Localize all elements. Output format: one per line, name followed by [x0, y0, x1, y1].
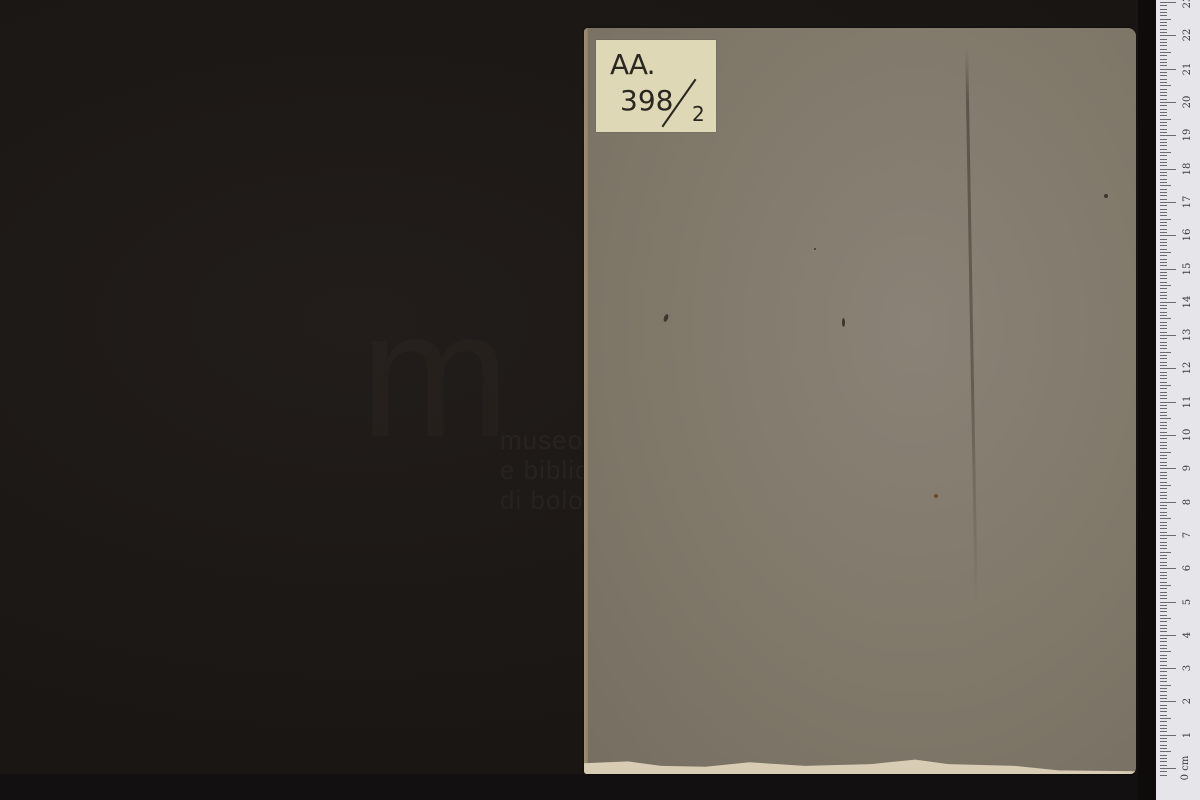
ruler-tick — [1160, 142, 1167, 143]
ruler-tick — [1160, 645, 1167, 646]
ruler-tick — [1160, 72, 1167, 73]
ruler-tick — [1160, 42, 1167, 43]
ruler-tick — [1160, 385, 1171, 386]
ruler-cm-label: 5 — [1182, 592, 1194, 612]
ruler-tick — [1160, 172, 1167, 173]
ruler-tick — [1160, 199, 1167, 200]
ruler-tick — [1160, 738, 1167, 739]
ruler-tick — [1160, 239, 1167, 240]
ruler-tick — [1160, 292, 1167, 293]
ruler-tick — [1160, 425, 1167, 426]
ruler-tick — [1160, 438, 1167, 439]
ruler-tick — [1160, 235, 1176, 236]
ruler-tick — [1160, 135, 1176, 136]
cover-spine-edge — [584, 28, 588, 774]
ruler-cm-label: 7 — [1182, 525, 1194, 545]
ruler-tick — [1160, 695, 1167, 696]
shelf-mark-line2: 398 — [620, 84, 673, 117]
ruler-tick — [1160, 668, 1176, 669]
ruler-tick — [1160, 608, 1167, 609]
ruler-tick — [1160, 165, 1167, 166]
ruler-tick — [1160, 312, 1167, 313]
ruler-tick — [1160, 592, 1167, 593]
ruler-tick — [1160, 492, 1167, 493]
ruler-tick — [1160, 245, 1167, 246]
ruler-tick — [1160, 508, 1167, 509]
ruler-tick — [1160, 189, 1167, 190]
ruler-tick — [1160, 442, 1167, 443]
ruler-tick — [1160, 532, 1167, 533]
ruler-tick — [1160, 79, 1167, 80]
ruler-tick — [1160, 678, 1167, 679]
ruler-tick — [1160, 145, 1167, 146]
ruler-tick — [1160, 222, 1167, 223]
ruler-tick — [1160, 605, 1167, 606]
ruler-tick — [1160, 555, 1167, 556]
ruler-tick — [1160, 328, 1167, 329]
ruler-tick — [1160, 302, 1176, 303]
ruler-tick — [1160, 175, 1167, 176]
ruler-tick — [1160, 32, 1167, 33]
ruler-tick — [1160, 651, 1171, 652]
ruler-cm-label: 16 — [1182, 225, 1194, 245]
ruler-tick — [1160, 298, 1167, 299]
ruler-tick — [1160, 578, 1167, 579]
ruler-tick — [1160, 355, 1167, 356]
ruler-tick — [1160, 122, 1167, 123]
photo-stage: m museo internazionale e biblioteca dell… — [0, 0, 1200, 800]
ruler-tick — [1160, 162, 1167, 163]
ruler-tick — [1160, 602, 1176, 603]
ruler-tick — [1160, 9, 1167, 10]
ruler-tick — [1160, 12, 1167, 13]
ruler-tick — [1160, 728, 1167, 729]
ruler-tick — [1160, 348, 1167, 349]
ruler-tick — [1160, 49, 1167, 50]
ruler-tick — [1160, 119, 1171, 120]
ruler-tick — [1160, 598, 1167, 599]
ruler-tick — [1160, 665, 1167, 666]
ruler-tick — [1160, 288, 1167, 289]
ruler-tick — [1160, 92, 1167, 93]
ruler-tick — [1160, 99, 1167, 100]
ruler-cm-label: 19 — [1182, 125, 1194, 145]
ruler-tick — [1160, 482, 1167, 483]
ruler-cm-label: 17 — [1182, 192, 1194, 212]
ruler-tick — [1160, 149, 1167, 150]
ruler-tick — [1160, 362, 1167, 363]
ruler-tick — [1160, 675, 1167, 676]
ruler-tick — [1160, 525, 1167, 526]
ruler-tick — [1160, 725, 1167, 726]
ruler-tick — [1160, 252, 1171, 253]
ruler-cm-label: 21 — [1182, 59, 1194, 79]
ruler-tick — [1160, 412, 1167, 413]
ruler-tick — [1160, 65, 1167, 66]
ruler-tick — [1160, 45, 1167, 46]
ruler-tick — [1160, 132, 1167, 133]
ruler-tick — [1160, 182, 1167, 183]
ruler-tick — [1160, 628, 1167, 629]
ruler-tick — [1160, 498, 1167, 499]
shelf-mark-line1: AA. — [610, 48, 655, 81]
ruler-tick — [1160, 388, 1167, 389]
book-cover: AA. 398 2 — [584, 28, 1136, 774]
cover-speck — [842, 318, 845, 327]
ruler-tick — [1160, 305, 1167, 306]
ruler-tick — [1160, 475, 1167, 476]
cover-speck — [934, 494, 938, 498]
ruler-tick — [1160, 395, 1167, 396]
ruler-tick — [1160, 185, 1171, 186]
ruler-tick — [1160, 368, 1176, 369]
ruler-tick — [1160, 229, 1167, 230]
ruler-tick — [1160, 215, 1167, 216]
ruler-tick — [1160, 545, 1167, 546]
ruler-tick — [1160, 112, 1167, 113]
shelf-mark-denominator: 2 — [692, 102, 705, 126]
ruler-tick — [1160, 445, 1167, 446]
ruler-tick — [1160, 621, 1167, 622]
ruler-tick — [1160, 515, 1167, 516]
ruler-tick — [1160, 705, 1167, 706]
centimeter-ruler: 0 cm 12345678910111213141516171819202122… — [1156, 0, 1200, 800]
ruler-tick — [1160, 761, 1167, 762]
ruler-tick — [1160, 322, 1167, 323]
ruler-tick — [1160, 528, 1167, 529]
cover-worn-bottom-edge — [584, 756, 1136, 774]
ruler-tick — [1160, 55, 1167, 56]
ruler-tick — [1160, 285, 1171, 286]
ruler-tick — [1160, 495, 1167, 496]
ruler-tick — [1160, 478, 1167, 479]
ruler-tick — [1160, 352, 1171, 353]
ruler-tick — [1160, 109, 1167, 110]
ruler-tick — [1160, 641, 1167, 642]
ruler-tick — [1160, 502, 1176, 503]
ruler-tick — [1160, 129, 1167, 130]
ruler-tick — [1160, 95, 1167, 96]
ruler-cm-label: 2 — [1182, 691, 1194, 711]
ruler-tick — [1160, 372, 1167, 373]
ruler-tick — [1160, 392, 1167, 393]
shelf-mark-label: AA. 398 2 — [596, 40, 716, 132]
ruler-tick — [1160, 378, 1167, 379]
ruler-tick — [1160, 771, 1167, 772]
ruler-tick — [1160, 638, 1167, 639]
ruler-tick — [1160, 671, 1167, 672]
ruler-tick — [1160, 242, 1167, 243]
ruler-tick — [1160, 155, 1167, 156]
ruler-tick — [1160, 711, 1167, 712]
ruler-tick — [1160, 718, 1171, 719]
ruler-tick — [1160, 402, 1176, 403]
ruler-tick — [1160, 741, 1167, 742]
ruler-tick — [1160, 52, 1171, 53]
ruler-tick — [1160, 375, 1167, 376]
ruler-cm-label: 12 — [1182, 358, 1194, 378]
ruler-tick — [1160, 751, 1171, 752]
ruler-tick — [1160, 102, 1176, 103]
ruler-tick — [1160, 35, 1176, 36]
ruler-tick — [1160, 358, 1167, 359]
ruler-tick — [1160, 62, 1167, 63]
ruler-cm-label: 14 — [1182, 292, 1194, 312]
ruler-tick — [1160, 452, 1171, 453]
ruler-tick — [1160, 735, 1176, 736]
ruler-tick — [1160, 219, 1171, 220]
ruler-tick — [1160, 335, 1176, 336]
ruler-tick — [1160, 568, 1176, 569]
ruler-tick — [1160, 465, 1167, 466]
ruler-cm-label: 15 — [1182, 259, 1194, 279]
ruler-tick — [1160, 708, 1167, 709]
ruler-tick — [1160, 255, 1167, 256]
cover-speck — [1104, 194, 1108, 198]
ruler-tick — [1160, 318, 1171, 319]
ruler-tick — [1160, 522, 1167, 523]
ruler-tick — [1160, 22, 1167, 23]
ruler-tick — [1160, 432, 1167, 433]
ruler-tick — [1160, 272, 1167, 273]
ruler-tick — [1160, 755, 1167, 756]
ruler-tick — [1160, 259, 1167, 260]
ruler-tick — [1160, 295, 1167, 296]
ruler-tick — [1160, 435, 1176, 436]
ruler-tick — [1160, 512, 1167, 513]
ruler-tick — [1160, 661, 1167, 662]
ruler-tick — [1160, 225, 1167, 226]
ruler-tick — [1160, 85, 1171, 86]
ruler-tick — [1160, 308, 1167, 309]
ruler-cm-label: 18 — [1182, 159, 1194, 179]
ruler-tick — [1160, 588, 1167, 589]
ruler-tick — [1160, 195, 1167, 196]
ruler-cm-label: 23 — [1182, 0, 1194, 12]
cover-speck — [663, 314, 669, 323]
ruler-tick — [1160, 262, 1167, 263]
cover-crease — [965, 48, 978, 608]
ruler-tick — [1160, 775, 1167, 776]
cover-speck — [814, 248, 816, 250]
ruler-cm-label: 1 — [1182, 725, 1194, 745]
ruler-tick — [1160, 715, 1167, 716]
ruler-tick — [1160, 538, 1167, 539]
ruler-tick — [1160, 691, 1167, 692]
ruler-cm-label: 6 — [1182, 558, 1194, 578]
ruler-tick — [1160, 105, 1167, 106]
ruler-tick — [1160, 75, 1167, 76]
ruler-tick — [1160, 29, 1167, 30]
ruler-tick — [1160, 625, 1167, 626]
ruler-tick — [1160, 179, 1167, 180]
ruler-cm-label: 22 — [1182, 25, 1194, 45]
ruler-tick — [1160, 681, 1167, 682]
ruler-tick — [1160, 152, 1171, 153]
ruler-tick — [1160, 2, 1176, 3]
ruler-tick — [1160, 745, 1167, 746]
ruler-tick — [1160, 428, 1167, 429]
ruler-tick — [1160, 39, 1167, 40]
ruler-tick — [1160, 342, 1167, 343]
ruler-tick — [1160, 635, 1176, 636]
ruler-tick — [1160, 169, 1176, 170]
ruler-tick — [1160, 345, 1167, 346]
ruler-tick — [1160, 658, 1167, 659]
ruler-tick — [1160, 585, 1171, 586]
ruler-tick — [1160, 282, 1167, 283]
ruler-tick — [1160, 332, 1167, 333]
ruler-tick — [1160, 415, 1167, 416]
ruler-unit-label: 0 cm — [1180, 754, 1192, 782]
ruler-tick — [1160, 462, 1167, 463]
ruler-tick — [1160, 5, 1167, 6]
ruler-tick — [1160, 325, 1167, 326]
ruler-tick — [1160, 69, 1176, 70]
ruler-tick — [1160, 455, 1167, 456]
ruler-tick — [1160, 472, 1167, 473]
ruler-tick — [1160, 595, 1167, 596]
ruler-cm-label: 9 — [1182, 458, 1194, 478]
ruler-tick — [1160, 212, 1167, 213]
ruler-tick — [1160, 565, 1167, 566]
ruler-tick — [1160, 398, 1167, 399]
ruler-tick — [1160, 748, 1167, 749]
ruler-tick — [1160, 365, 1167, 366]
ruler-tick — [1160, 209, 1167, 210]
ruler-tick — [1160, 685, 1171, 686]
ruler-tick — [1160, 562, 1167, 563]
ruler-tick — [1160, 485, 1171, 486]
ruler-tick — [1160, 448, 1167, 449]
ruler-cm-label: 10 — [1182, 425, 1194, 445]
ruler-tick — [1160, 278, 1167, 279]
ruler-tick — [1160, 721, 1167, 722]
ruler-tick — [1160, 758, 1167, 759]
watermark-logo: m — [360, 285, 510, 465]
ruler-tick — [1160, 698, 1167, 699]
ruler-tick — [1160, 768, 1176, 769]
ruler-tick — [1160, 575, 1167, 576]
ruler-tick — [1160, 548, 1167, 549]
ruler-tick — [1160, 205, 1167, 206]
ruler-tick — [1160, 701, 1176, 702]
ruler-tick — [1160, 458, 1167, 459]
ruler-tick — [1160, 315, 1167, 316]
ruler-tick — [1160, 139, 1167, 140]
ruler-tick — [1160, 468, 1176, 469]
ruler-tick — [1160, 688, 1167, 689]
ruler-tick — [1160, 505, 1167, 506]
ruler-tick — [1160, 582, 1167, 583]
ruler-cm-label: 4 — [1182, 625, 1194, 645]
ruler-tick — [1160, 405, 1167, 406]
ruler-tick — [1160, 518, 1171, 519]
ruler-tick — [1160, 418, 1171, 419]
ruler-tick — [1160, 15, 1167, 16]
ruler-cm-label: 3 — [1182, 658, 1194, 678]
ruler-tick — [1160, 631, 1167, 632]
ruler-cm-label: 13 — [1182, 325, 1194, 345]
ruler-tick — [1160, 382, 1167, 383]
ruler-tick — [1160, 558, 1167, 559]
ruler-tick — [1160, 552, 1171, 553]
ruler-cm-label: 11 — [1182, 392, 1194, 412]
ruler-tick — [1160, 89, 1167, 90]
ruler-cm-label: 20 — [1182, 92, 1194, 112]
ruler-tick — [1160, 648, 1167, 649]
ruler-tick — [1160, 615, 1167, 616]
ruler-tick — [1160, 338, 1167, 339]
ruler-tick — [1160, 232, 1167, 233]
ruler-tick — [1160, 59, 1167, 60]
ruler-tick — [1160, 655, 1167, 656]
ruler-tick — [1160, 275, 1167, 276]
ruler-tick — [1160, 572, 1167, 573]
ruler-tick — [1160, 488, 1167, 489]
ruler-tick — [1160, 422, 1167, 423]
ruler-tick — [1160, 731, 1167, 732]
ruler-tick — [1160, 125, 1167, 126]
ruler-tick — [1160, 765, 1167, 766]
ruler-tick — [1160, 611, 1167, 612]
ruler-tick — [1160, 249, 1167, 250]
ruler-tick — [1160, 269, 1176, 270]
backdrop-frame-edge — [1138, 0, 1156, 800]
backdrop-bottom-edge — [0, 774, 1155, 800]
ruler-tick — [1160, 542, 1167, 543]
ruler-tick — [1160, 82, 1167, 83]
ruler-tick — [1160, 159, 1167, 160]
ruler-tick — [1160, 19, 1171, 20]
ruler-tick — [1160, 115, 1167, 116]
ruler-tick — [1160, 192, 1167, 193]
ruler-tick — [1160, 618, 1171, 619]
ruler-tick — [1160, 408, 1167, 409]
ruler-tick — [1160, 265, 1167, 266]
ruler-tick — [1160, 25, 1167, 26]
ruler-tick — [1160, 535, 1176, 536]
ruler-tick — [1160, 202, 1176, 203]
ruler-cm-label: 8 — [1182, 492, 1194, 512]
